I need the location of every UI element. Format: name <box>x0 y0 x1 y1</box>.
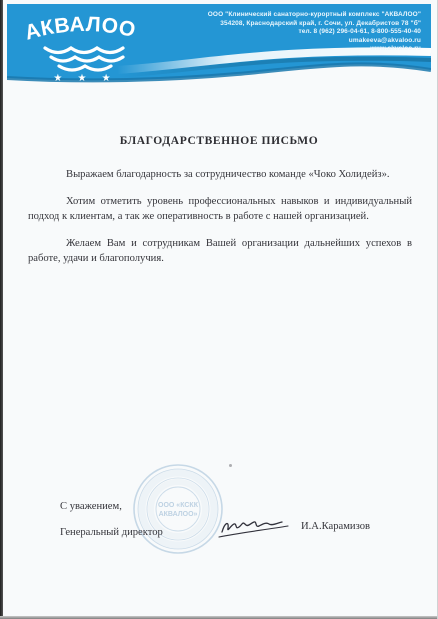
letter-body: Выражаем благодарность за сотрудничество… <box>28 167 412 278</box>
letterhead-band: АКВАЛОО ★ ★ ★ ООО "Клинический санаторно… <box>7 4 431 92</box>
scanned-letter-page: АКВАЛОО ★ ★ ★ ООО "Клинический санаторно… <box>0 0 438 619</box>
address-line: 354208, Краснодарский край, г. Сочи, ул.… <box>208 20 421 29</box>
water-waves-icon <box>45 48 123 70</box>
signer-position-title: Генеральный директор <box>60 527 163 538</box>
paragraph-wishes: Желаем Вам и сотрудникам Вашей организац… <box>28 236 412 266</box>
akvaloo-logo: АКВАЛОО ★ ★ ★ <box>19 8 151 84</box>
email-line: umakeeva@akvaloo.ru <box>208 37 421 46</box>
scan-edge-left <box>0 0 3 619</box>
stamp-text-line2: АКВАЛОО» <box>159 511 198 518</box>
letterhead-contact-block: ООО "Клинический санаторно-курортный ком… <box>208 11 421 54</box>
signer-name: И.А.Карамизов <box>301 521 370 532</box>
logo-text: АКВАЛОО <box>22 13 138 45</box>
website-line: www.akvaloo.ru <box>208 45 421 54</box>
stamp-text-line1: ООО «КСКК <box>158 502 199 509</box>
paragraph-gratitude: Выражаем благодарность за сотрудничество… <box>28 167 412 182</box>
letter-title: БЛАГОДАРСТВЕННОЕ ПИСЬМО <box>0 135 438 147</box>
salutation-text: С уважением, <box>60 501 122 512</box>
logo-stars: ★ ★ ★ <box>53 73 116 84</box>
svg-text:АКВАЛОО: АКВАЛОО <box>22 13 138 45</box>
company-name-line: ООО "Клинический санаторно-курортный ком… <box>208 11 421 20</box>
handwritten-signature <box>216 513 294 545</box>
scan-artifact-speck <box>229 464 232 467</box>
phone-line: тел. 8 (962) 296-04-61, 8-800-555-40-40 <box>208 28 421 37</box>
company-stamp: ООО «КСКК АКВАЛОО» <box>131 462 225 556</box>
paragraph-skills: Хотим отметить уровень профессиональных … <box>28 194 412 224</box>
